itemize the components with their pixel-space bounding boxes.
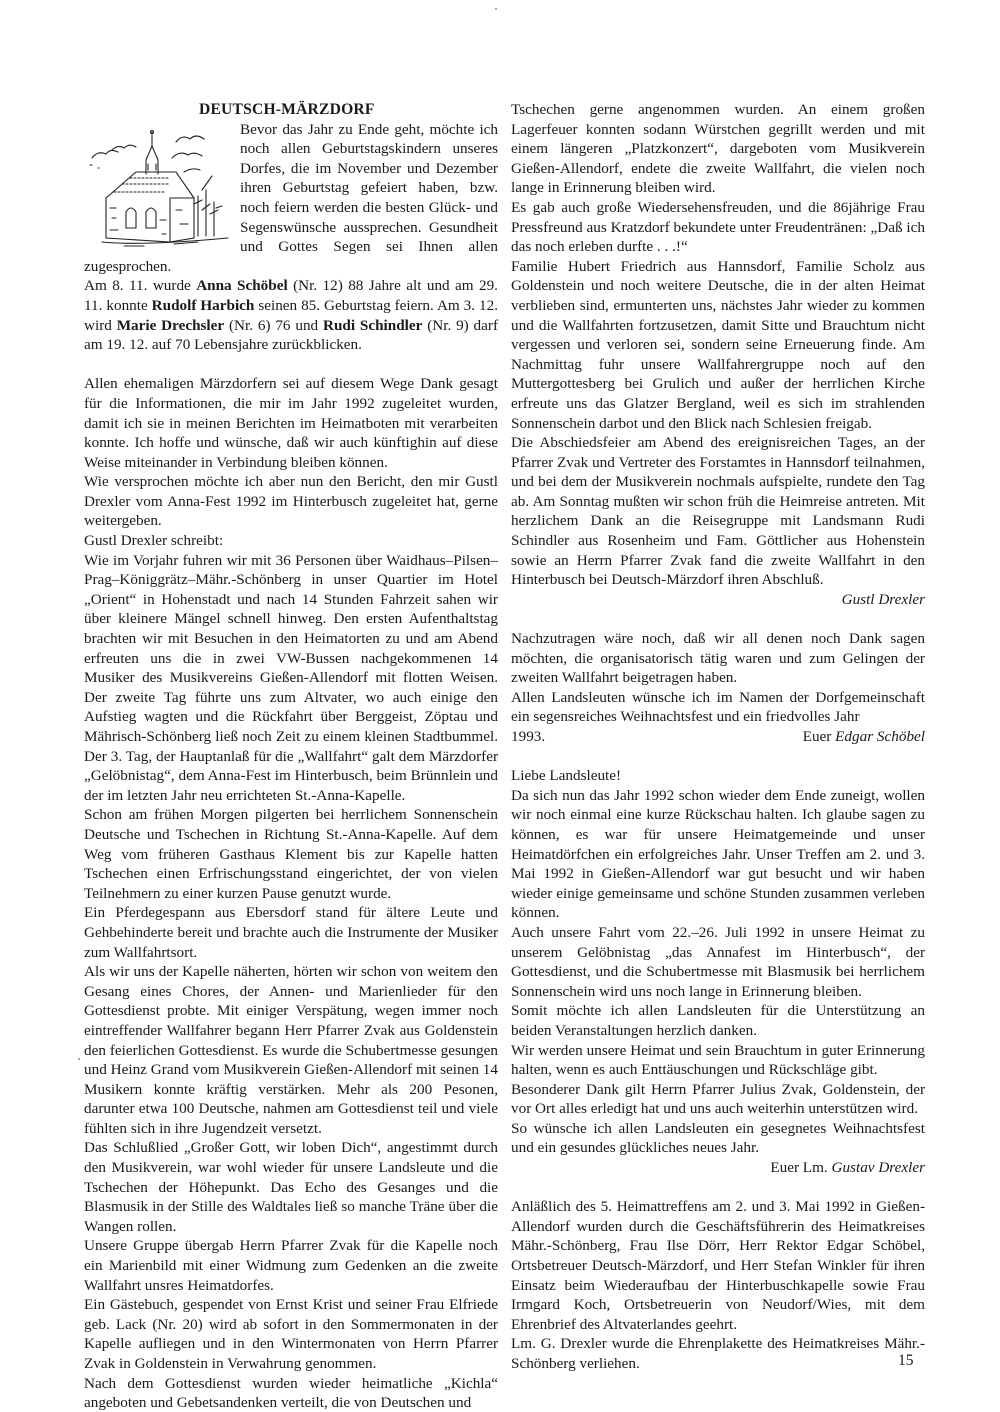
paragraph: Ein Pferdegespann aus Ebersdorf stand fü… <box>84 903 498 962</box>
report-signature: Gustl Drexler <box>511 590 925 610</box>
closing-year: 1993. <box>511 727 545 747</box>
text-run: Am 8. 11. wurde <box>84 277 196 294</box>
paragraph: Lm. G. Drexler wurde die Ehrenplakette d… <box>511 1334 925 1373</box>
paragraph: Wie versprochen möchte ich aber nun den … <box>84 472 498 531</box>
newsletter-page: DEUTSCH-MÄRZDORF <box>0 0 1000 1412</box>
paragraph: Besonderer Dank gilt Herrn Pfarrer Juliu… <box>511 1080 925 1119</box>
signature-name: Gustav Drexler <box>832 1159 926 1176</box>
person-name: Marie Drechsler <box>117 317 224 334</box>
signature-prefix: Euer <box>803 728 835 745</box>
paragraph: Familie Hubert Friedrich aus Hannsdorf, … <box>511 257 925 433</box>
paragraph: Unsere Gruppe übergab Herrn Pfarrer Zvak… <box>84 1236 498 1295</box>
paragraph: Wir werden unsere Heimat und sein Brauch… <box>511 1041 925 1080</box>
paragraph: Ein Gästebuch, gespendet von Ernst Krist… <box>84 1295 498 1373</box>
paragraph: Auch unsere Fahrt vom 22.–26. Juli 1992 … <box>511 923 925 1001</box>
paragraph: Allen Landsleuten wünsche ich im Namen d… <box>511 688 925 727</box>
person-name: Rudi Schindler <box>323 317 422 334</box>
paragraph: Es gab auch große Wiedersehensfreuden, u… <box>511 198 925 257</box>
person-name: Rudolf Harbich <box>152 297 255 314</box>
paragraph: Tschechen gerne angenommen wurden. An ei… <box>511 100 925 198</box>
right-column: Tschechen gerne angenommen wurden. An ei… <box>511 100 925 1374</box>
paragraph: Anläßlich des 5. Heimattreffens am 2. un… <box>511 1197 925 1334</box>
page-number: 15 <box>898 1352 914 1370</box>
paragraph-gap <box>511 1178 925 1198</box>
paragraph: So wünsche ich allen Landsleuten ein ges… <box>511 1119 925 1158</box>
paragraph: Schon am frühen Morgen pilgerten bei her… <box>84 805 498 903</box>
paragraph: Die Abschiedsfeier am Abend des ereignis… <box>511 433 925 590</box>
closing-signature: Euer Edgar Schöbel <box>803 727 925 747</box>
paragraph-gap <box>511 747 925 767</box>
text-run: (Nr. 6) 76 und <box>224 317 323 334</box>
section-title: DEUTSCH-MÄRZDORF <box>84 100 498 120</box>
letter-salutation: Liebe Landsleute! <box>511 766 925 786</box>
signature-prefix: Euer Lm. <box>770 1159 831 1176</box>
paragraph: Wie im Vorjahr fuhren wir mit 36 Persone… <box>84 551 498 806</box>
person-name: Anna Schöbel <box>196 277 288 294</box>
paragraph: Allen ehemaligen Märzdorfern sei auf die… <box>84 374 498 472</box>
letter-signature: Euer Lm. Gustav Drexler <box>511 1158 925 1178</box>
paragraph: Das Schlußlied „Großer Gott, wir loben D… <box>84 1138 498 1236</box>
closing-signature-line: 1993. Euer Edgar Schöbel <box>511 727 925 747</box>
paragraph-gap <box>84 355 498 375</box>
scan-speck <box>78 1058 80 1060</box>
signature-name: Edgar Schöbel <box>835 728 925 745</box>
left-column: DEUTSCH-MÄRZDORF <box>84 100 498 1412</box>
paragraph: Als wir uns der Kapelle näherten, hörten… <box>84 962 498 1138</box>
paragraph: Somit möchte ich allen Landsleuten für d… <box>511 1001 925 1040</box>
church-illustration-icon <box>84 120 232 250</box>
birthday-paragraph: Am 8. 11. wurde Anna Schöbel (Nr. 12) 88… <box>84 276 498 354</box>
paragraph: Nachzutragen wäre noch, daß wir all dene… <box>511 629 925 688</box>
scan-speck <box>495 8 497 10</box>
paragraph: Da sich nun das Jahr 1992 schon wieder d… <box>511 786 925 923</box>
paragraph-gap <box>511 609 925 629</box>
paragraph: Gustl Drexler schreibt: <box>84 531 498 551</box>
paragraph: Nach dem Gottesdienst wurden wieder heim… <box>84 1374 498 1412</box>
